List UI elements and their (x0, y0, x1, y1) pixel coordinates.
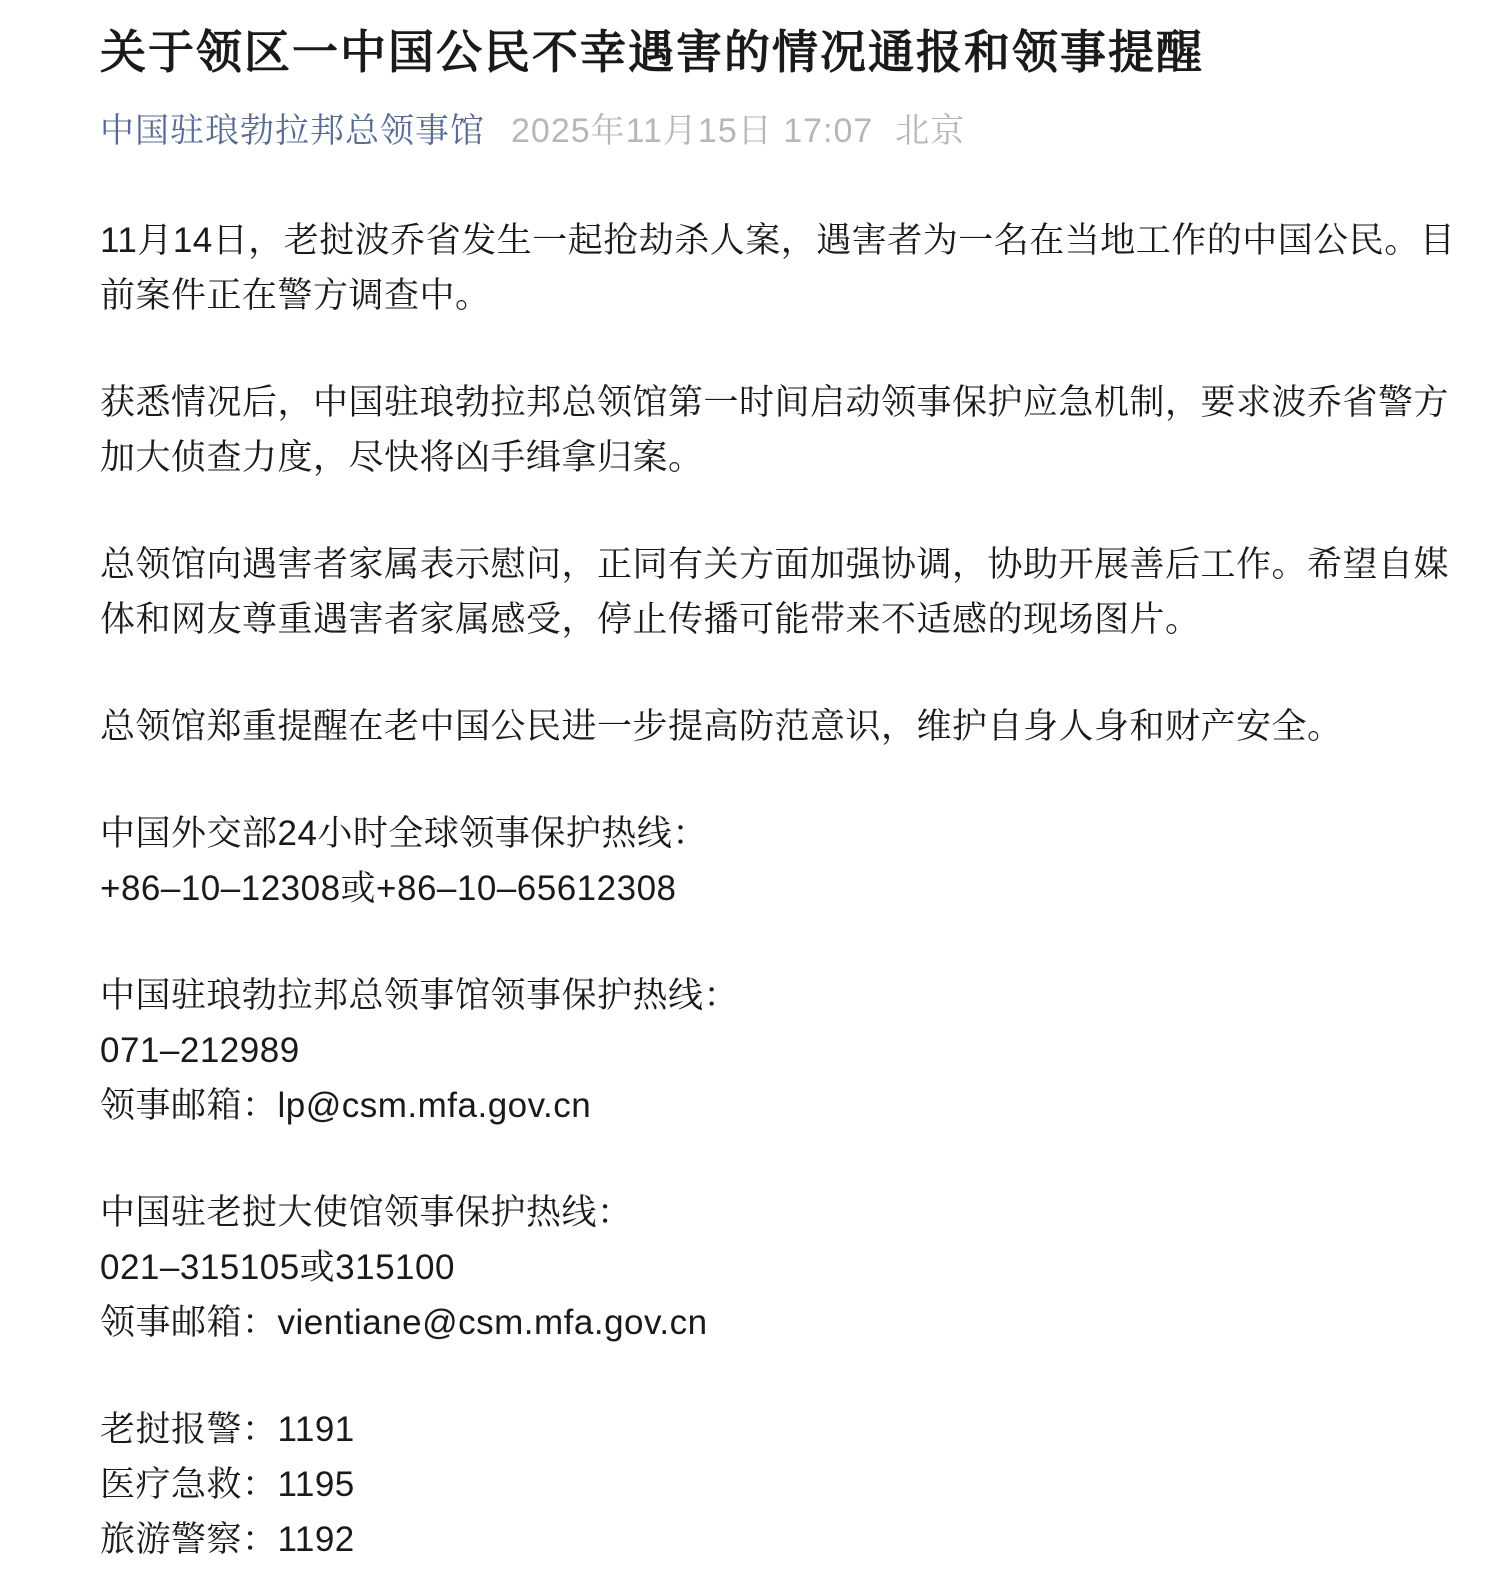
hotline-block-consulate: 中国驻琅勃拉邦总领事馆领事保护热线： 071–212989 领事邮箱：lp@cs… (100, 968, 1458, 1133)
emergency-medical-line: 医疗急救：1195 (100, 1457, 1458, 1512)
publish-date: 2025年11月15日 17:07 (511, 112, 873, 150)
hotline-embassy-email: 领事邮箱：vientiane@csm.mfa.gov.cn (100, 1295, 1458, 1350)
body-paragraph-response: 获悉情况后，中国驻琅勃拉邦总领馆第一时间启动领事保护应急机制，要求波乔省警方加大… (100, 375, 1458, 485)
body-paragraph-condolence: 总领馆向遇害者家属表示慰问，正同有关方面加强协调，协助开展善后工作。希望自媒体和… (100, 537, 1458, 647)
author-account-link[interactable]: 中国驻琅勃拉邦总领事馆 (100, 112, 485, 150)
emergency-numbers-block: 老挝报警：1191 医疗急救：1195 旅游警察：1192 (100, 1402, 1458, 1567)
hotline-consulate-number: 071–212989 (100, 1023, 1458, 1078)
hotline-block-mfa: 中国外交部24小时全球领事保护热线： +86–10–12308或+86–10–6… (100, 806, 1458, 916)
article-page: 关于领区一中国公民不幸遇害的情况通报和领事提醒 中国驻琅勃拉邦总领事馆2025年… (0, 0, 1498, 1567)
emergency-tourist-police-line: 旅游警察：1192 (100, 1512, 1458, 1567)
hotline-embassy-number: 021–315105或315100 (100, 1240, 1458, 1295)
article-title: 关于领区一中国公民不幸遇害的情况通报和领事提醒 (100, 22, 1458, 82)
publish-location: 北京 (895, 112, 965, 150)
body-paragraph-incident: 11月14日，老挝波乔省发生一起抢劫杀人案，遇害者为一名在当地工作的中国公民。目… (100, 213, 1458, 323)
hotline-mfa-label: 中国外交部24小时全球领事保护热线： (100, 806, 1458, 861)
emergency-police-line: 老挝报警：1191 (100, 1402, 1458, 1457)
article-body: 11月14日，老挝波乔省发生一起抢劫杀人案，遇害者为一名在当地工作的中国公民。目… (100, 213, 1458, 1567)
hotline-consulate-label: 中国驻琅勃拉邦总领事馆领事保护热线： (100, 968, 1458, 1023)
hotline-embassy-label: 中国驻老挝大使馆领事保护热线： (100, 1185, 1458, 1240)
hotline-consulate-email: 领事邮箱：lp@csm.mfa.gov.cn (100, 1078, 1458, 1133)
hotline-block-embassy: 中国驻老挝大使馆领事保护热线： 021–315105或315100 领事邮箱：v… (100, 1185, 1458, 1350)
body-paragraph-reminder: 总领馆郑重提醒在老中国公民进一步提高防范意识，维护自身人身和财产安全。 (100, 699, 1458, 754)
byline: 中国驻琅勃拉邦总领事馆2025年11月15日 17:07北京 (100, 109, 1458, 153)
hotline-mfa-number: +86–10–12308或+86–10–65612308 (100, 861, 1458, 916)
